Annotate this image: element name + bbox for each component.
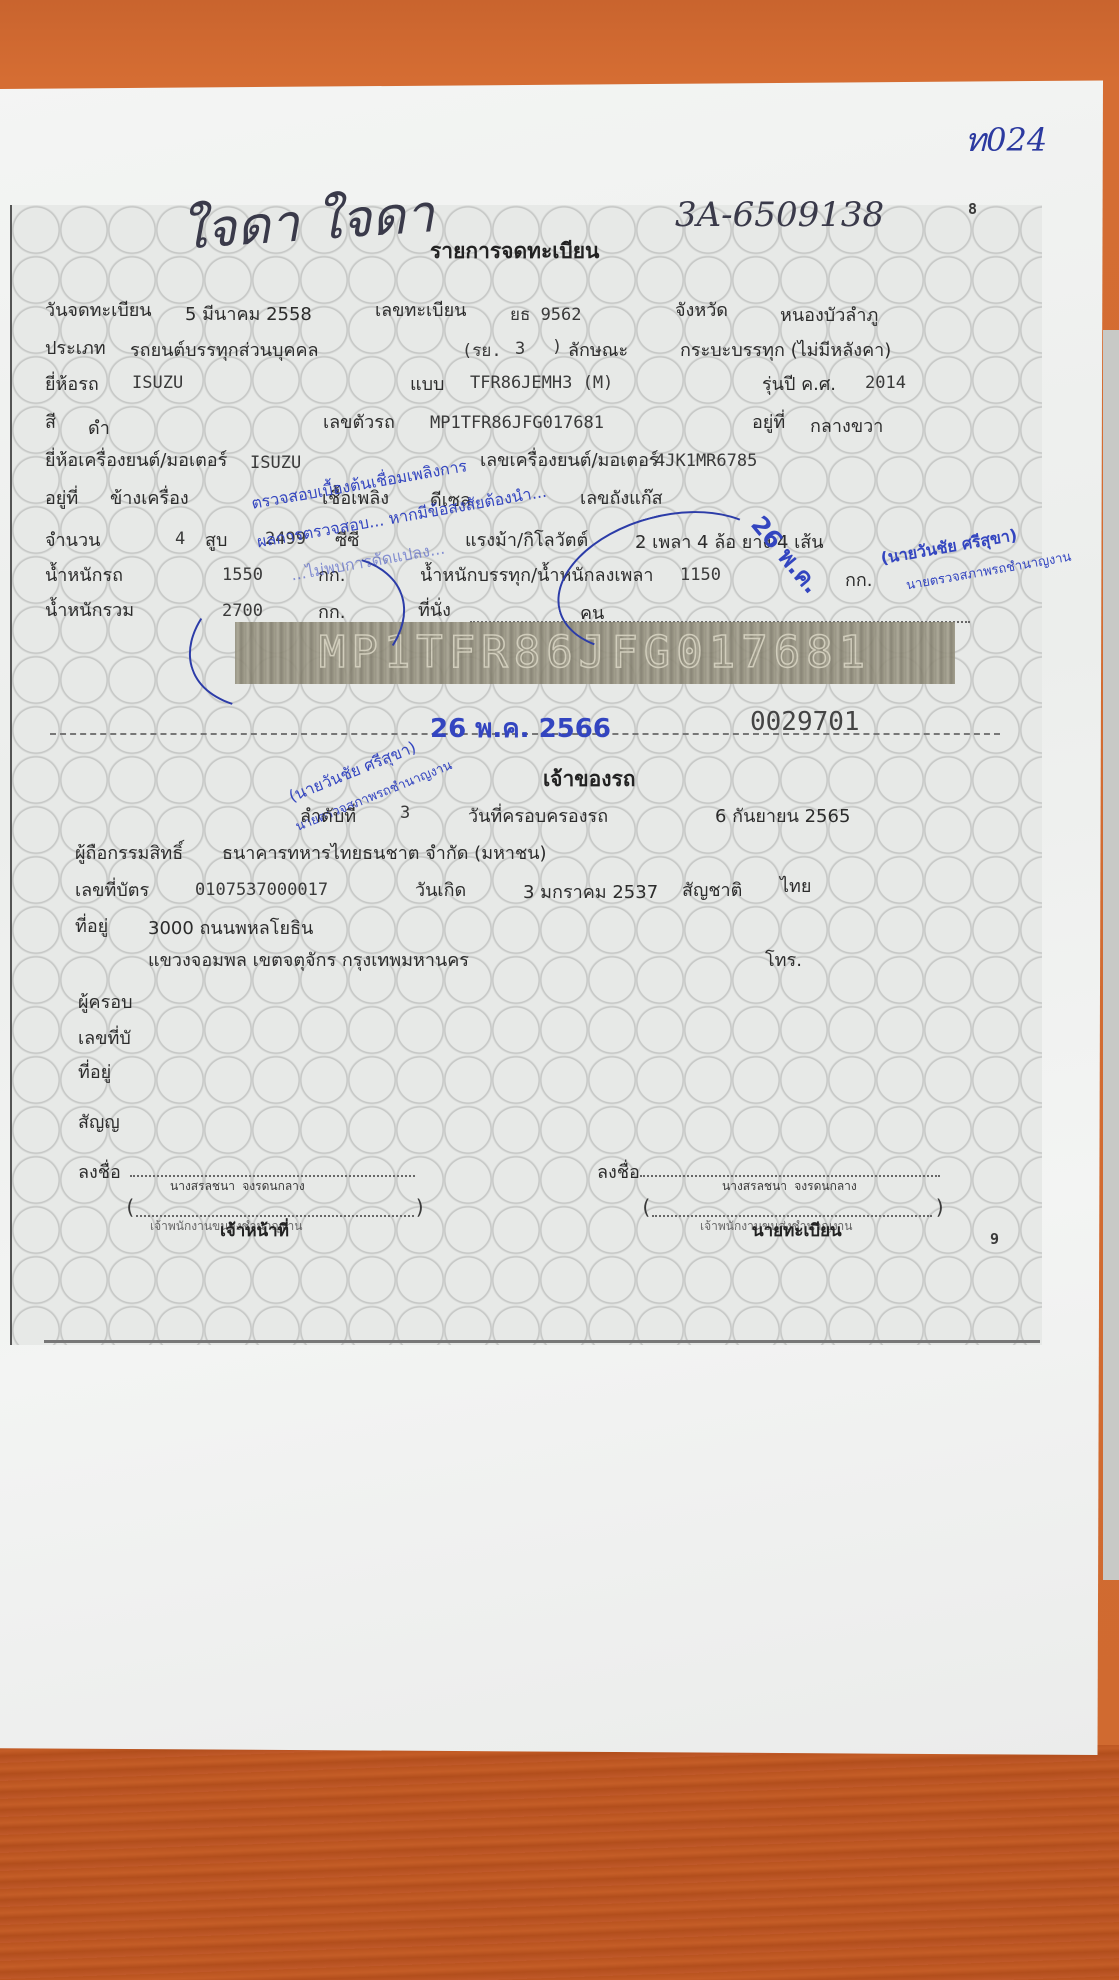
chassis-loc-value: กลางขวา [810,411,883,440]
color-value: ดำ [88,413,110,442]
birth-label: วันเกิด [415,875,466,904]
chassis-loc-label: อยู่ที่ [752,407,785,436]
engine-loc-label: อยู่ที่ [45,483,78,512]
plate-label: เลขทะเบียน [375,295,466,324]
ry-close: ) [552,337,562,357]
year-value: 2014 [865,373,906,393]
annotation-code: ท024 [965,115,1047,166]
chassis-value: MP1TFR86JFG017681 [430,413,604,433]
order-label: ลำดับที่ [300,801,356,830]
sign-right-paren-open: ( [640,1195,652,1219]
sign-right-paren-close: ) [934,1195,946,1219]
weight-label: น้ำหนักรถ [45,560,123,589]
nationality-value: ไทย [780,871,811,900]
id-label: เลขที่บัตร [75,875,149,904]
cylinders-label: จำนวน [45,525,100,554]
desk-surface [0,1745,1119,1980]
engine-brand-label: ยี่ห้อเครื่องยนต์/มอเตอร์ [45,445,227,474]
occupant-label: ผู้ครอบ [78,987,133,1016]
chassis-label: เลขตัวรถ [323,407,395,436]
occupant-address-label: ที่อยู่ [78,1057,111,1086]
birth-value: 3 มกราคม 2537 [523,877,658,906]
stamp-date-full: 26 พ.ค. 2566 [430,708,611,749]
occupant-id-label: เลขที่บั [78,1023,131,1052]
engine-no-label: เลขเครื่องยนต์/มอเตอร์ [480,445,659,474]
page-marker-top: 8 [968,200,977,218]
order-value: 3 [400,803,410,823]
plate-value: ยธ 9562 [510,301,582,328]
brand-value: ISUZU [132,373,183,393]
phone-label: โทร. [765,945,802,974]
province-value: หนองบัวลำภู [780,300,878,329]
registration-document: ท024 ใจดา ใจดา 3A-6509138 8 รายการจดทะเบ… [0,55,1103,1755]
gas-tank-label: เลขถังแก๊ส [580,483,663,512]
color-label: สี [45,407,56,436]
ry-value: 3 [515,339,525,359]
holder-label: ผู้ถือกรรมสิทธิ์ [75,838,183,867]
engine-brand-value: ISUZU [250,453,301,473]
sign-right-label: ลงชื่อ [597,1157,640,1186]
brand-label: ยี่ห้อรถ [45,369,99,398]
possession-date-value: 6 กันยายน 2565 [715,801,850,830]
sign-right-name: นางสรลชนา จงรดนกลาง [722,1177,857,1196]
province-label: จังหวัด [675,295,728,324]
style-label: ลักษณะ [568,335,628,364]
nationality-label: สัญชาติ [682,875,742,904]
holder-value: ธนาคารทหารไทยธนชาต จำกัด (มหาชน) [222,838,547,867]
document-title: รายการจดทะเบียน [430,235,599,268]
sign-left-label: ลงชื่อ [78,1157,121,1186]
seats-label: ที่นั่ง [418,595,451,624]
sign-left-name: นางสรลชนา จงรดนกลาง [170,1177,305,1196]
type-label: ประเภท [45,333,106,362]
reg-date-label: วันจดทะเบียน [45,295,152,324]
address-line1: 3000 ถนนพหลโยธิน [148,913,313,942]
style-value: กระบะบรรทุก (ไม่มีหลังคา) [680,335,891,364]
owner-section-title: เจ้าของรถ [543,763,636,796]
background-wall [1103,330,1119,1580]
sign-left-role: เจ้าหน้าที่ [220,1217,289,1244]
sign-right-role: นายทะเบียน [752,1217,842,1244]
id-value: 0107537000017 [195,880,328,900]
type-value: รถยนต์บรรทุกส่วนบุคคล [130,335,319,364]
address-label: ที่อยู่ [75,911,108,940]
load-unit: กก. [845,565,873,594]
occupant-nationality-label: สัญญ [78,1107,120,1136]
reg-date-value: 5 มีนาคม 2558 [185,299,312,328]
page-marker-bottom: 9 [990,1230,999,1248]
cylinders-value: 4 [175,529,185,549]
model-label: แบบ [410,369,444,398]
sign-left-paren-close: ) [414,1195,426,1219]
possession-date-label: วันที่ครอบครองรถ [468,801,608,830]
cylinders-unit: สูบ [205,525,227,554]
form-border-bottom [44,1340,1040,1343]
handwritten-note: ใจดา ใจดา [177,171,436,272]
model-value: TFR86JEMH3 (M) [470,373,613,393]
address-line2: แขวงจอมพล เขตจตุจักร กรุงเทพมหานคร [148,945,469,974]
hp-label: แรงม้า/กิโลวัตต์ [465,525,588,554]
engine-no-value: 4JK1MR6785 [655,451,757,471]
handwritten-number: 3A-6509138 [675,195,884,235]
ry-label: (รย. [462,337,502,364]
gross-label: น้ำหนักรวม [45,595,134,624]
engine-loc-value: ข้างเครื่อง [110,483,189,512]
sign-left-paren-open: ( [124,1195,136,1219]
year-label: รุ่นปี ค.ศ. [762,369,836,398]
serial-fragment: 0029701 [750,707,860,737]
